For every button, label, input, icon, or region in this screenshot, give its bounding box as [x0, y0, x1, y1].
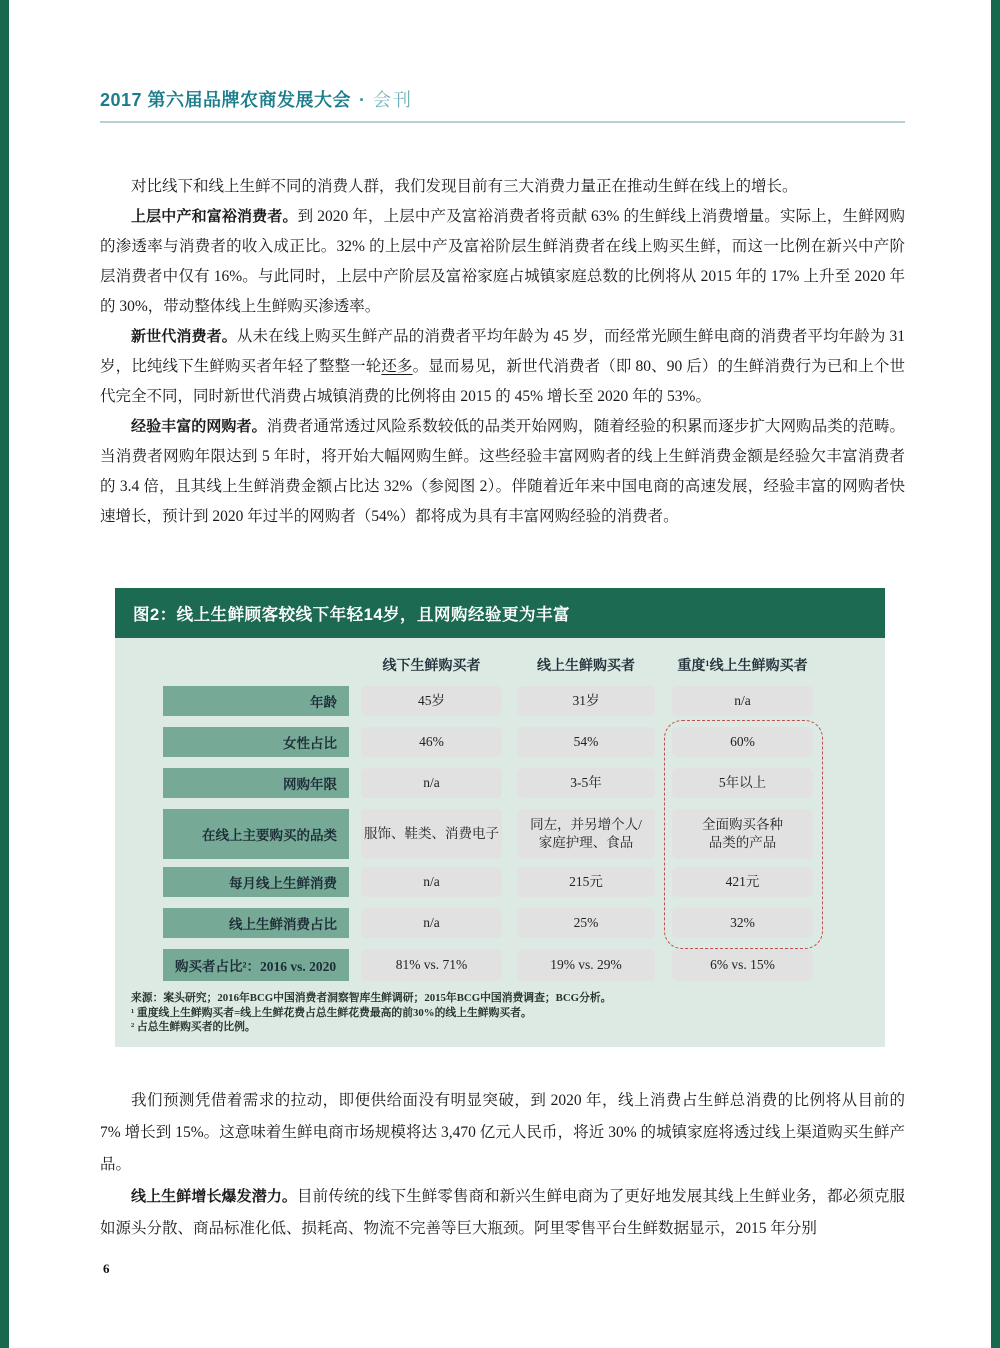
table-row-spend-share: 线上生鲜消费占比 n/a 25% 32% [115, 908, 885, 938]
table-cell: 25% [517, 908, 655, 938]
table-cell: 服饰、鞋类、消费电子 [361, 809, 502, 859]
table-cell: n/a [361, 908, 502, 938]
body-text-upper: 对比线下和线上生鲜不同的消费人群，我们发现目前有三大消费力量正在推动生鲜在线上的… [100, 172, 905, 532]
table-header-row: 线下生鲜购买者 线上生鲜购买者 重度¹线上生鲜购买者 [115, 650, 885, 680]
table-row-age: 年龄 45岁 31岁 n/a [115, 686, 885, 716]
row-label: 网购年限 [163, 768, 349, 798]
table-cell: 19% vs. 29% [517, 949, 655, 981]
page-number: 6 [103, 1261, 110, 1277]
table-cell: 6% vs. 15% [672, 949, 813, 981]
paragraph-growth-potential: 线上生鲜增长爆发潜力。目前传统的线下生鲜零售商和新兴生鲜电商为了更好地发展其线上… [100, 1181, 905, 1245]
paragraph-lead: 上层中产和富裕消费者。 [131, 208, 298, 225]
table-row-female-share: 女性占比 46% 54% 60% [115, 727, 885, 757]
paragraph-experienced-shoppers: 经验丰富的网购者。消费者通常透过风险系数较低的品类开始网购，随着经验的积累而逐步… [100, 412, 905, 532]
table-cell: 421元 [672, 867, 813, 897]
table-row-categories: 在线上主要购买的品类 服饰、鞋类、消费电子 同左，并另增个人/ 家庭护理、食品 … [115, 809, 885, 859]
paragraph-lead: 线上生鲜增长爆发潜力。 [131, 1188, 297, 1205]
table-row-shopping-years: 网购年限 n/a 3-5年 5年以上 [115, 768, 885, 798]
figure-table: 线下生鲜购买者 线上生鲜购买者 重度¹线上生鲜购买者 年龄 45岁 31岁 n/… [115, 638, 885, 1047]
row-label: 在线上主要购买的品类 [163, 809, 349, 859]
figure-title: 图2：线上生鲜顾客较线下年轻14岁，且网购经验更为丰富 [115, 588, 885, 638]
footnote-1: ¹ 重度线上生鲜购买者=线上生鲜花费占总生鲜花费最高的前30%的线上生鲜购买者。 [131, 1006, 885, 1021]
paragraph-lead: 新世代消费者。 [131, 328, 237, 345]
page-border-left [0, 0, 9, 1348]
row-label: 线上生鲜消费占比 [163, 908, 349, 938]
paragraph-text: 对比线下和线上生鲜不同的消费人群，我们发现目前有三大消费力量正在推动生鲜在线上的… [131, 178, 798, 195]
header-title-sub: 会刊 [373, 90, 413, 110]
row-label: 每月线上生鲜消费 [163, 867, 349, 897]
underlined-text: 还多 [381, 358, 412, 375]
page-header: 2017 第六届品牌农商发展大会 · 会刊 [100, 86, 905, 123]
paragraph-text: 我们预测凭借着需求的拉动，即便供给面没有明显突破，到 2020 年，线上消费占生… [100, 1092, 905, 1173]
table-cell: 32% [672, 908, 813, 938]
row-label: 购买者占比²：2016 vs. 2020 [163, 949, 349, 981]
paragraph-intro: 对比线下和线上生鲜不同的消费人群，我们发现目前有三大消费力量正在推动生鲜在线上的… [100, 172, 905, 202]
paragraph-lead: 经验丰富的网购者。 [131, 418, 267, 435]
row-label: 女性占比 [163, 727, 349, 757]
header-title-main: 2017 第六届品牌农商发展大会 [100, 90, 351, 110]
column-header-online: 线上生鲜购买者 [517, 650, 655, 680]
table-cell: 同左，并另增个人/ 家庭护理、食品 [517, 809, 655, 859]
paragraph-affluent-consumers: 上层中产和富裕消费者。到 2020 年，上层中产及富裕消费者将贡献 63% 的生… [100, 202, 905, 322]
source-note: 来源：案头研究；2016年BCG中国消费者洞察智库生鲜调研；2015年BCG中国… [131, 991, 885, 1006]
table-cell: 3-5年 [517, 768, 655, 798]
table-cell: n/a [361, 867, 502, 897]
table-row-monthly-spend: 每月线上生鲜消费 n/a 215元 421元 [115, 867, 885, 897]
table-cell: 45岁 [361, 686, 502, 716]
table-row-buyer-share: 购买者占比²：2016 vs. 2020 81% vs. 71% 19% vs.… [115, 949, 885, 981]
figure-notes: 来源：案头研究；2016年BCG中国消费者洞察智库生鲜调研；2015年BCG中国… [115, 991, 885, 1035]
table-cell: 81% vs. 71% [361, 949, 502, 981]
row-label: 年龄 [163, 686, 349, 716]
header-rule [100, 121, 905, 123]
table-cell: 54% [517, 727, 655, 757]
paragraph-forecast: 我们预测凭借着需求的拉动，即便供给面没有明显突破，到 2020 年，线上消费占生… [100, 1085, 905, 1181]
footnote-2: ² 占总生鲜购买者的比例。 [131, 1020, 885, 1035]
table-cell: 46% [361, 727, 502, 757]
table-cell: 5年以上 [672, 768, 813, 798]
table-cell: 31岁 [517, 686, 655, 716]
page-border-right [991, 0, 1000, 1348]
table-cell: n/a [672, 686, 813, 716]
header-separator-dot: · [355, 90, 369, 110]
column-header-heavy-online: 重度¹线上生鲜购买者 [672, 650, 813, 680]
table-cell: 60% [672, 727, 813, 757]
body-text-lower: 我们预测凭借着需求的拉动，即便供给面没有明显突破，到 2020 年，线上消费占生… [100, 1085, 905, 1245]
column-header-offline: 线下生鲜购买者 [361, 650, 502, 680]
paragraph-new-generation: 新世代消费者。从未在线上购买生鲜产品的消费者平均年龄为 45 岁，而经常光顾生鲜… [100, 322, 905, 412]
table-cell: 全面购买各种 品类的产品 [672, 809, 813, 859]
table-cell: 215元 [517, 867, 655, 897]
document-page: 2017 第六届品牌农商发展大会 · 会刊 对比线下和线上生鲜不同的消费人群，我… [0, 0, 1000, 1348]
figure-2: 图2：线上生鲜顾客较线下年轻14岁，且网购经验更为丰富 线下生鲜购买者 线上生鲜… [115, 588, 885, 1047]
table-cell: n/a [361, 768, 502, 798]
